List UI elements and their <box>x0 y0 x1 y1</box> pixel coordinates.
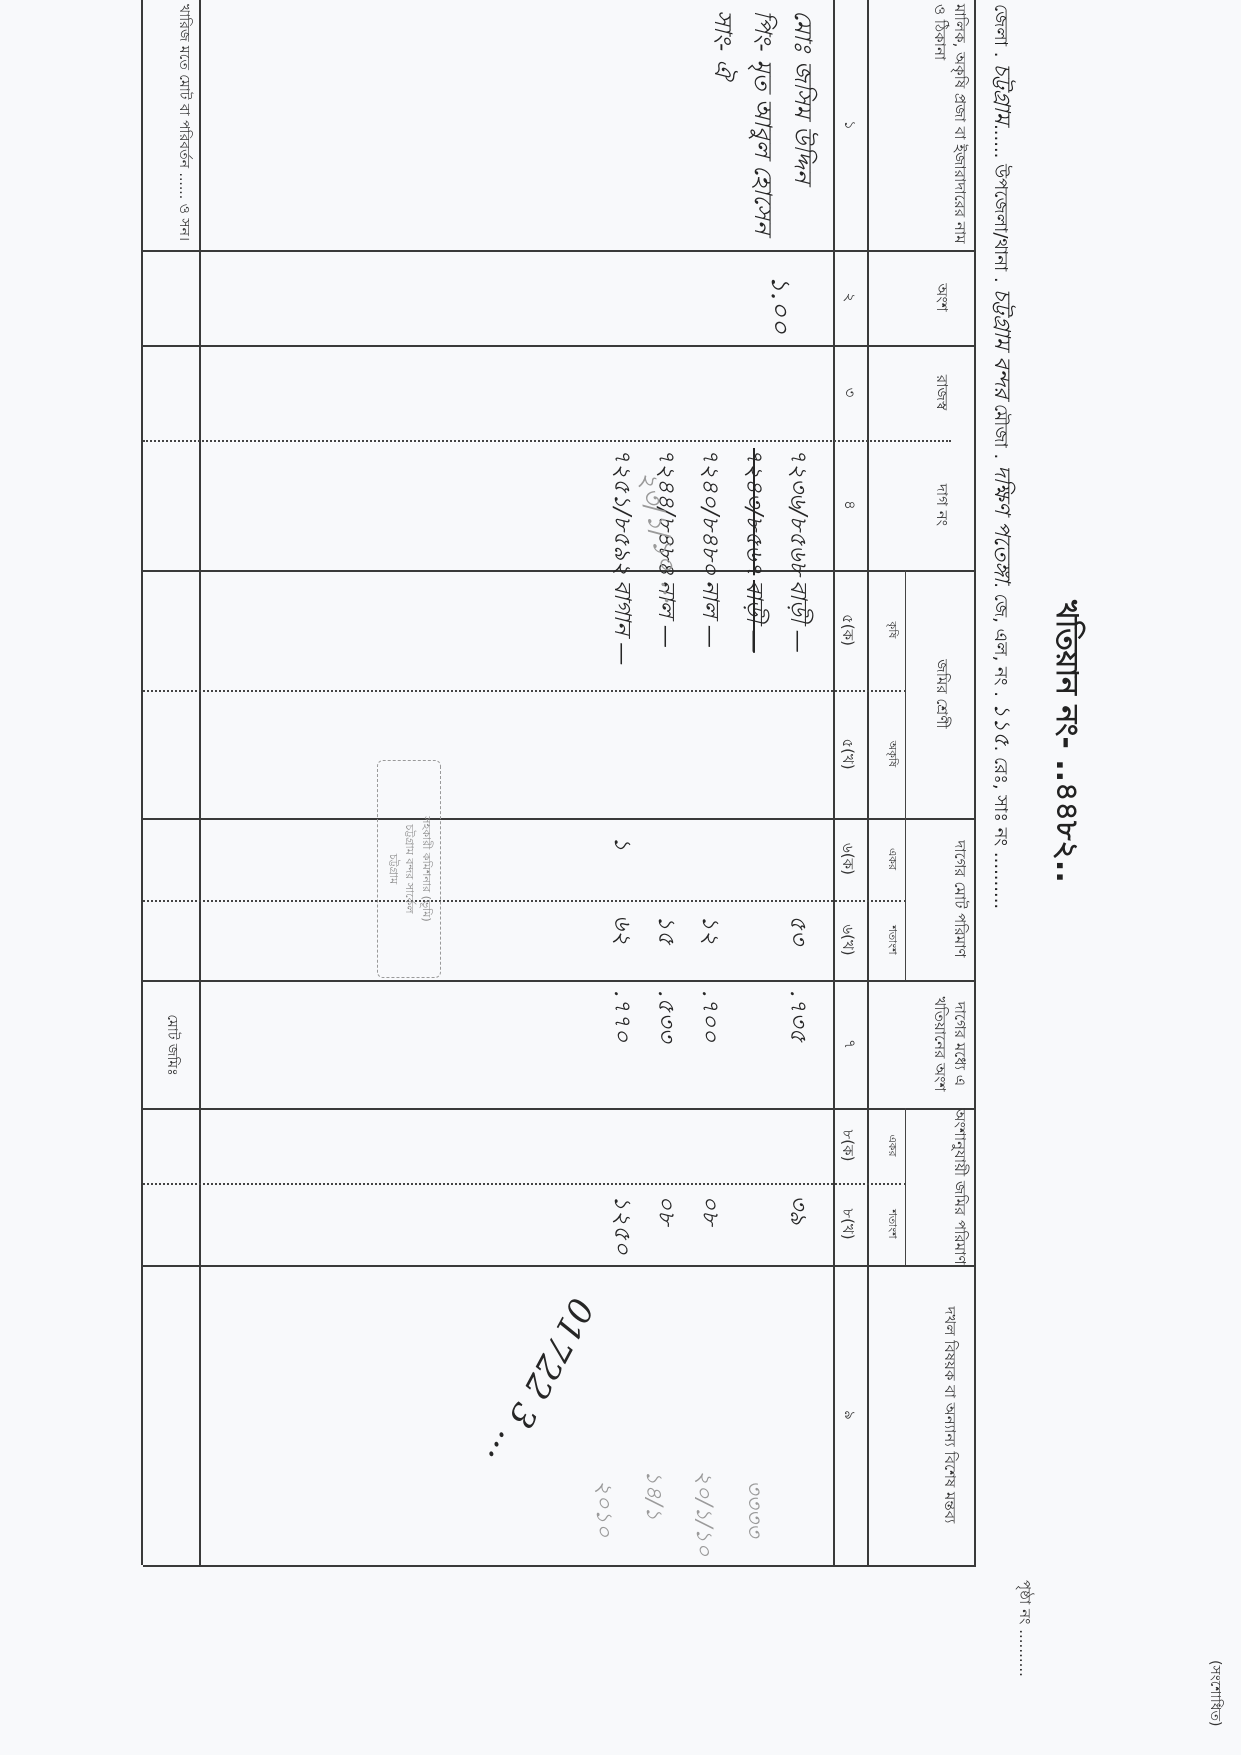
khatian-share: .৭০০ <box>690 990 729 1042</box>
colnum-6b: ৬(খ) <box>834 900 859 980</box>
table-bottom-border <box>141 0 143 1565</box>
land-class: বাড়ী — <box>734 580 773 653</box>
table-top-border <box>974 0 976 1565</box>
subheader-shatak-2: শতাংশ <box>885 1183 899 1265</box>
dag-area-shatak: ৫৩ <box>778 915 817 945</box>
dag-area-shatak: ৬২ <box>602 915 641 945</box>
header-revenue: রাজস্ব <box>932 345 952 440</box>
owner-name: মোঃ জসিম উদ্দিন <box>781 10 821 183</box>
official-stamp: সহকারী কমিশনার (ভূমি) চট্টগ্রাম বন্দর সা… <box>378 760 442 978</box>
mouza-label: মৌজা <box>990 404 1011 448</box>
subheader-non-agri: অকৃষি <box>885 690 899 818</box>
dag-area-acre: ১ <box>602 836 641 851</box>
share-value: ১.০০ <box>757 275 801 334</box>
header-dag-total-area: দাগের মোট পরিমাণ <box>950 818 970 980</box>
page-number-label: পৃষ্ঠা নং .......... <box>1011 1580 1036 1677</box>
land-class: নাল — <box>690 580 729 648</box>
colnum-8a: ৮(ক) <box>834 1108 859 1183</box>
share-area-shatak: ০৮ <box>646 1195 685 1225</box>
header-dag-no: দাগ নং <box>932 440 952 570</box>
share-area-subheader-line <box>905 1108 906 1265</box>
stamp-line-1: সহকারী কমিশনার (ভূমি) <box>418 769 435 969</box>
page-title: খতিয়ান নং- ..৪৪৮২.. <box>1040 600 1091 883</box>
upazila-value: চট্টগ্রাম বন্দর <box>989 288 1014 398</box>
khatian-share: .৫৩৩ <box>646 990 685 1042</box>
subheader-acre-2: একর <box>885 1108 899 1183</box>
dag-number: ৭২৪০/৮৪৮০ <box>690 448 729 575</box>
remarks-pencil-2: ২০/১/১০ <box>684 1470 721 1556</box>
owner-father: পিং- মৃত আবুল হোসেন <box>741 10 781 234</box>
dag-area-shatak: ১২ <box>690 915 729 945</box>
upazila-label: উপজেলা/থানা <box>990 164 1011 271</box>
share-area-shatak: ০৮ <box>690 1195 729 1225</box>
subheader-agri: কৃষি <box>885 570 899 690</box>
khatian-sheet: (সংশোধিত) খতিয়ান নং- ..৪৪৮২.. জেলা . চট… <box>0 0 1241 1755</box>
colnum-6a: ৬(ক) <box>834 818 859 900</box>
table-right-border <box>143 1565 976 1567</box>
col-divider-5-dotted <box>143 690 906 692</box>
header-share-area: অংশানুযায়ী জমির পরিমাণ <box>950 1108 970 1265</box>
footer-total-label: মোট জমিঃ <box>163 990 181 1100</box>
remarks-pencil-1: ৩৩৩৩ <box>734 1480 771 1537</box>
district-value: চট্টগ্রাম <box>989 63 1014 124</box>
header-owner: মালিক, অকৃষি প্রজা বা ইজারাদারের নাম ও ঠ… <box>930 4 969 246</box>
colnum-8b: ৮(খ) <box>834 1183 859 1265</box>
location-line: জেলা . চট্টগ্রাম...... উপজেলা/থানা . চট্… <box>982 4 1019 909</box>
colnum-4: ৪ <box>836 440 861 570</box>
share-area-shatak: ৩৯ <box>778 1195 817 1225</box>
khatian-share: .৭৩৫ <box>778 990 817 1042</box>
land-class-subheader-line <box>905 570 906 818</box>
share-area-shatak: ১২৫০ <box>602 1195 641 1255</box>
land-class: বাড়ী — <box>778 580 817 653</box>
colnum-3: ৩ <box>836 345 861 440</box>
resa-label: রেঃ, সাঃ নং <box>990 757 1011 846</box>
mouza-value: দক্ষিণ পতেঙ্গা <box>989 465 1014 582</box>
col-divider-6-dotted <box>143 900 906 902</box>
header-remarks: দখল বিষয়ক বা অন্যান্য বিশেষ মন্তব্য <box>940 1265 960 1565</box>
header-share: অংশ <box>932 250 952 345</box>
data-row-bottom-border <box>199 0 201 1565</box>
col-divider-8-dotted <box>143 1183 906 1185</box>
header-khatian-share: দাগের মধ্যে এ খতিয়ানের অংশ <box>930 980 969 1108</box>
owner-village: সাং- ঐ <box>701 10 741 78</box>
remarks-pencil-3: ১৪/১ <box>634 1470 671 1520</box>
remarks-pencil-4: ২০১০ <box>584 1480 621 1537</box>
dag-number: ৭২৪৩/৮৫৬৭ <box>734 448 773 575</box>
colnum-5a: ৫(ক) <box>834 570 859 690</box>
dag-number: ৭২৩৬/৮৫৬৮ <box>778 448 817 575</box>
colnum-2: ২ <box>836 250 861 345</box>
stamp-line-3: চট্টগ্রাম <box>385 769 402 969</box>
jl-value: ১১৫ <box>989 703 1014 746</box>
land-class: বাগান — <box>602 580 641 665</box>
footer-left-text: খারিজ মতে মোট বা পরিবর্তন ...... ও সন। <box>175 4 193 250</box>
col-divider-3-dotted <box>143 440 951 442</box>
remarks-pen-note: 01722 3 ... <box>479 1291 601 1472</box>
header-land-class: জমির শ্রেণী <box>932 570 952 818</box>
subheader-shatak: শতাংশ <box>885 900 899 980</box>
revised-note: (সংশোধিত) <box>1203 1660 1227 1727</box>
subheader-acre: একর <box>885 818 899 900</box>
colnum-9: ৯ <box>836 1265 861 1565</box>
header-bottom-border <box>867 0 869 1565</box>
colnum-1: ১ <box>836 0 861 250</box>
district-label: জেলা <box>990 4 1011 46</box>
khatian-share: .৭৭০ <box>602 990 641 1042</box>
colnum-7: ৭ <box>836 980 861 1108</box>
colnum-5b: ৫(খ) <box>834 690 859 818</box>
area-subheader-line <box>905 818 906 980</box>
jl-label: জে, এল, নং <box>990 594 1011 686</box>
dag-area-shatak: ১৫ <box>646 915 685 945</box>
stamp-line-2: চট্টগ্রাম বন্দর সার্কেল <box>401 769 418 969</box>
